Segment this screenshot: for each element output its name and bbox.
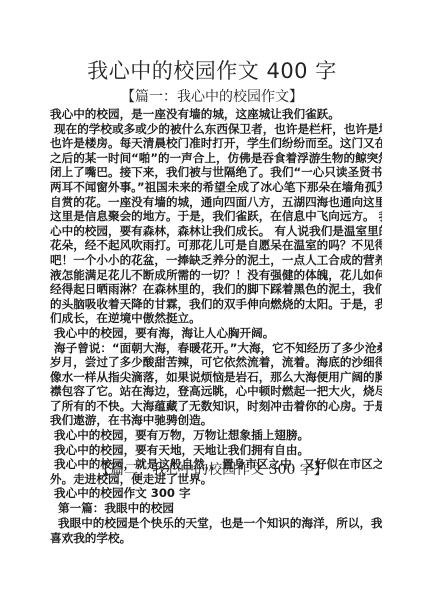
text-line: 像水一样从指尖滴落，如果说烦恼是岩石，那么大海便用广阔的胸 (50, 370, 382, 385)
text-line: 们成长，在逆境中傲然挺立。 (50, 311, 382, 326)
text-line: 液怎能满足花儿不断成所需的一切？！没有强健的体魄，花儿如何 (50, 268, 382, 283)
text-line: 花朵，经不起风吹雨打。可那花儿可是自愿呆在温室的吗？不见得 (50, 238, 382, 253)
text-line: 喜欢我的学校。 (50, 531, 382, 546)
text-line: 现在的学校或多或少的被什么东西保卫者，也许是栏杆，也许是墙， (50, 122, 382, 137)
text-line: 了所有的不快。大海蕴藏了无数知识，时刻冲击着你的心房。于是， (50, 399, 382, 414)
text-line: 我心中的校园，要有海，海让人心胸开阔。 (50, 326, 382, 341)
text-line: 海子曾说：“面朝大海，春暖花开。”大海，它不知经历了多少沧桑 (50, 341, 382, 356)
text-line: 第一篇：我眼中的校园 (50, 501, 382, 516)
text-line: 这里是信息聚会的地方。于是，我们雀跃，在信息中飞向远方。 我 (50, 209, 382, 224)
section-2-heading: 【篇二：我心中的校园作文 300 字】 (0, 461, 424, 479)
text-line: 我心中的校园，要有万物，万物让想象插上翅膀。 (50, 428, 382, 443)
text-line: 岁月，尝过了多少酸甜苦辣，可它依然流着，流着。海底的沙细得 (50, 355, 382, 370)
section-1-body: 我心中的校园，是一座没有墙的城，这座城让我们雀跃。 现在的学校或多或少的被什么东… (50, 107, 382, 486)
document-title: 我心中的校园作文 400 字 (0, 58, 424, 84)
text-line: 自赏的花。一座没有墙的城，通向四面八方，五湖四海也通向这里， (50, 195, 382, 210)
text-line: 我心中的校园，要有天地，天地让我们拥有自由。 (50, 443, 382, 458)
text-line: 之后的某一时间“啪”的一声合上，仿佛是吞食着浮游生物的鲸突然 (50, 151, 382, 166)
text-line: 襟包容了它。站在海边，登高远眺，心中顿时燃起一把大火，烧尽 (50, 384, 382, 399)
text-line: 吧！一个小小的花盆，一捧缺乏养分的泥土，一点人工合成的营养 (50, 253, 382, 268)
text-line: 我眼中的校园是个快乐的天堂，也是一个知识的海洋，所以，我很 (50, 516, 382, 531)
text-line: 闭上了嘴巴。接下来，我们被与世隔绝了。我们“一心只读圣贤书， (50, 165, 382, 180)
text-line: 经得起日晒雨淋？在森林里的，我们的脚下踩着黑色的泥土，我们 (50, 282, 382, 297)
text-line: 也许是楼房。每天清晨校门准时打开，学生们纷纷而至。这门又在 (50, 136, 382, 151)
text-line: 两耳不闻窗外事。”祖国未来的希望全成了冰心笔下那朵在墙角孤芳 (50, 180, 382, 195)
section-2-body: 我心中的校园作文 300 字 第一篇：我眼中的校园 我眼中的校园是个快乐的天堂，… (50, 486, 382, 546)
text-line: 心中的校园，要有森林，森林让我们成长。 有人说我们是温室里的 (50, 224, 382, 239)
text-line: 我心中的校园，是一座没有墙的城，这座城让我们雀跃。 (50, 107, 382, 122)
text-line: 我们遨游，在书海中驰骋创造。 (50, 413, 382, 428)
text-line: 我心中的校园作文 300 字 (50, 486, 382, 501)
text-line: 的头脑吸收着天降的甘霖，我们的双手伸向燃烧的太阳。于是，我 (50, 297, 382, 312)
section-1-heading: 【篇一：我心中的校园作文】 (0, 88, 424, 106)
